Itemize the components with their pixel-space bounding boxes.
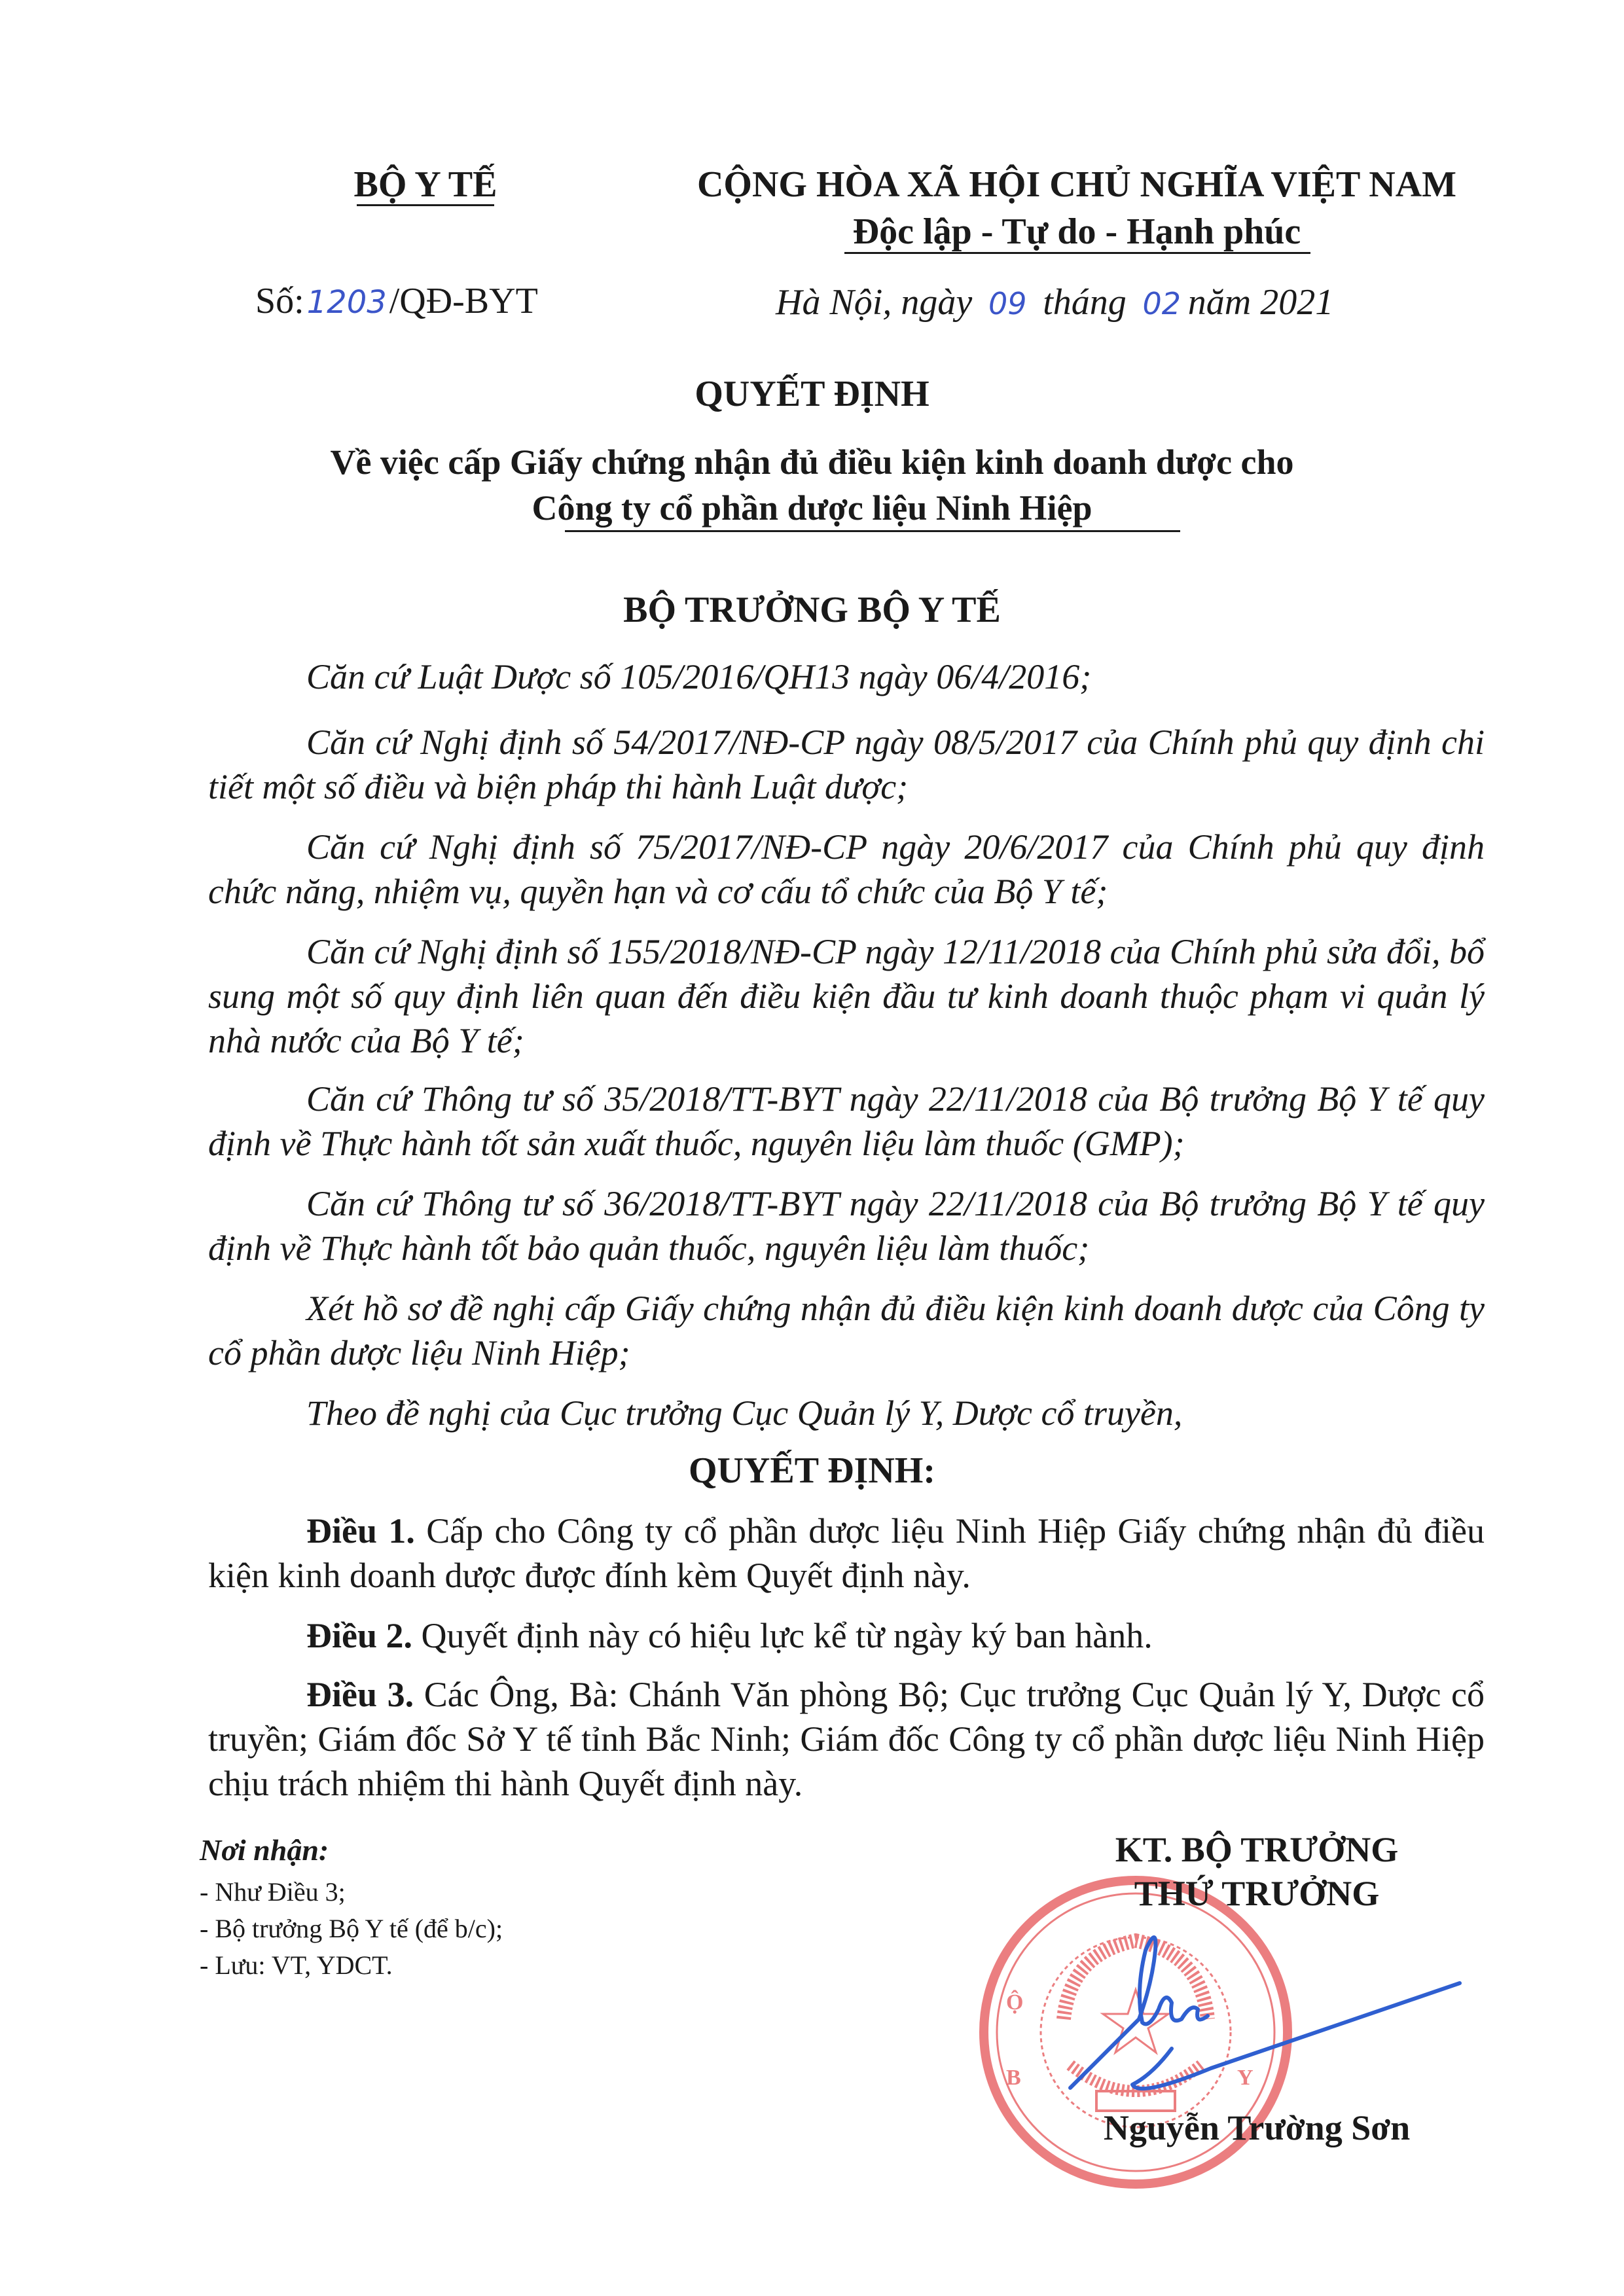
recipient-item: - Như Điều 3;	[200, 1874, 503, 1910]
legal-basis-item: Căn cứ Luật Dược số 105/2016/QH13 ngày 0…	[208, 655, 1485, 699]
legal-basis-item: Căn cứ Thông tư số 36/2018/TT-BYT ngày 2…	[208, 1181, 1485, 1270]
article-1: Điều 1. Cấp cho Công ty cổ phần dược liệ…	[208, 1509, 1485, 1598]
document-title: QUYẾT ĐỊNH	[0, 373, 1624, 415]
signer-role-line-2: THỨ TRƯỞNG	[1021, 1873, 1492, 1914]
date-day-handwritten: 09	[981, 286, 1034, 321]
article-label: Điều 2.	[306, 1616, 412, 1655]
recipient-item: - Bộ trưởng Bộ Y tế (để b/c);	[200, 1910, 503, 1947]
article-label: Điều 1.	[306, 1511, 415, 1551]
svg-text:B: B	[1006, 2066, 1021, 2090]
legal-basis-item: Căn cứ Nghị định số 155/2018/NĐ-CP ngày …	[208, 929, 1485, 1063]
issuing-authority: BỘ TRƯỞNG BỘ Y TẾ	[0, 589, 1624, 631]
date-month-handwritten: 02	[1136, 286, 1188, 321]
recipients-label: Nơi nhận:	[200, 1833, 503, 1867]
national-title: CỘNG HÒA XÃ HỘI CHỦ NGHĨA VIỆT NAM	[694, 164, 1460, 206]
date-month-label: tháng	[1043, 282, 1127, 323]
signer-name: Nguyễn Trường Sơn	[1021, 2108, 1492, 2148]
national-motto: Độc lập - Tự do - Hạnh phúc	[694, 211, 1460, 253]
legal-basis-item: Căn cứ Nghị định số 54/2017/NĐ-CP ngày 0…	[208, 720, 1485, 809]
recipient-item: - Lưu: VT, YDCT.	[200, 1947, 503, 1984]
svg-text:Ộ: Ộ	[1006, 1990, 1023, 2015]
legal-basis-item: Xét hồ sơ đề nghị cấp Giấy chứng nhận đủ…	[208, 1286, 1485, 1375]
article-2: Điều 2. Quyết định này có hiệu lực kể từ…	[208, 1613, 1485, 1658]
doc-number-suffix: /QĐ-BYT	[389, 281, 538, 321]
article-label: Điều 3.	[306, 1675, 414, 1714]
subject-line-2: Công ty cổ phần dược liệu Ninh Hiệp	[0, 488, 1624, 528]
issue-date: Hà Nội, ngày 09 tháng 02năm 2021	[776, 281, 1333, 323]
recipients-block: Nơi nhận: - Như Điều 3; - Bộ trưởng Bộ Y…	[200, 1833, 503, 1984]
article-3: Điều 3. Các Ông, Bà: Chánh Văn phòng Bộ;…	[208, 1672, 1485, 1806]
signer-role-line-1: KT. BỘ TRƯỞNG	[1021, 1829, 1492, 1870]
doc-number-prefix: Số:	[255, 281, 304, 321]
legal-basis-item: Căn cứ Nghị định số 75/2017/NĐ-CP ngày 2…	[208, 825, 1485, 914]
legal-basis-item: Căn cứ Thông tư số 35/2018/TT-BYT ngày 2…	[208, 1077, 1485, 1166]
decides-heading: QUYẾT ĐỊNH:	[0, 1450, 1624, 1492]
date-year: năm 2021	[1188, 282, 1333, 323]
legal-basis-item: Theo đề nghị của Cục trưởng Cục Quản lý …	[208, 1391, 1485, 1435]
date-place-prefix: Hà Nội, ngày	[776, 282, 972, 323]
article-text: Quyết định này có hiệu lực kể từ ngày ký…	[412, 1616, 1153, 1655]
subject-line-1: Về việc cấp Giấy chứng nhận đủ điều kiện…	[0, 442, 1624, 482]
handwritten-signature-icon	[1041, 1911, 1466, 2108]
subject-underline	[565, 530, 1180, 532]
motto-underline	[844, 252, 1310, 254]
agency-underline	[357, 204, 494, 206]
doc-number-handwritten: 1203	[304, 284, 389, 321]
document-number: Số:1203/QĐ-BYT	[255, 280, 538, 322]
issuing-agency: BỘ Y TẾ	[308, 164, 543, 206]
